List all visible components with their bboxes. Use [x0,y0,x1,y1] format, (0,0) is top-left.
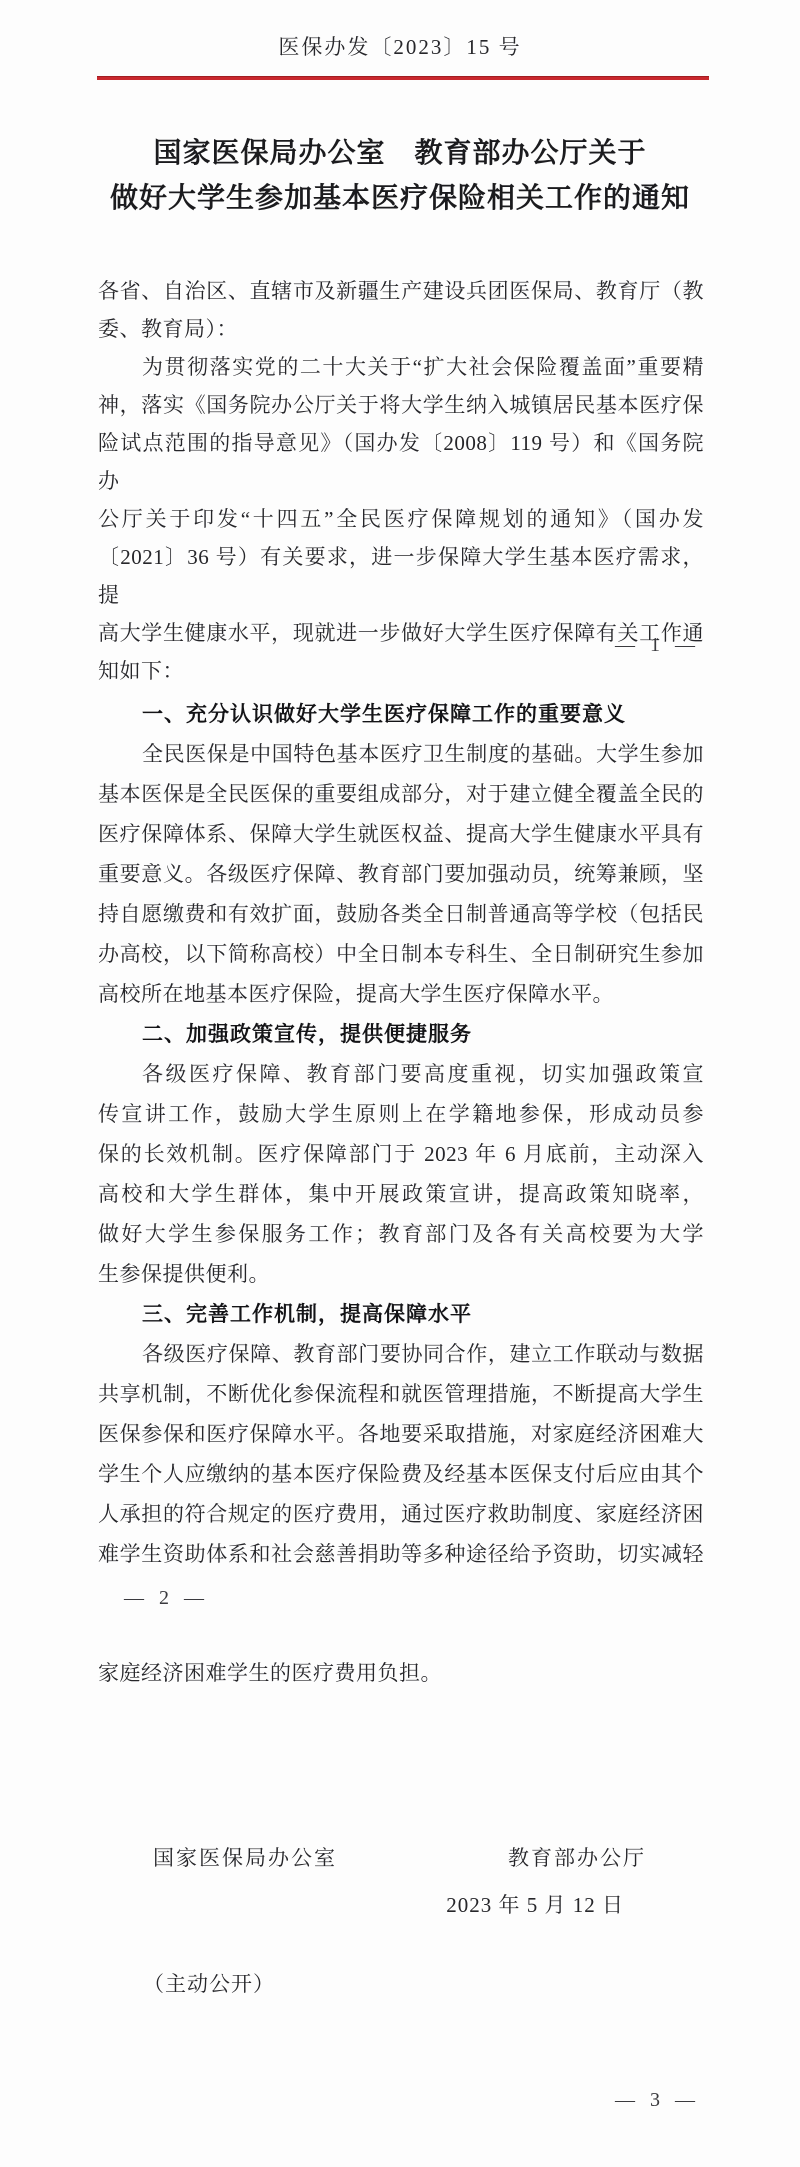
signer-right: 教育部办公厅 [508,1839,646,1877]
signer-left: 国家医保局办公室 [153,1839,337,1877]
text-line: 生参保提供便利。 [98,1254,704,1294]
page-number-2: — 2 — [124,1579,209,1617]
section-heading: 三、完善工作机制，提高保障水平 [98,1294,704,1334]
text-line: 知如下： [98,652,704,690]
page-number-3: — 3 — [615,2081,700,2119]
text-line: 人承担的符合规定的医疗费用，通过医疗救助制度、家庭经济困 [98,1494,704,1534]
text-line: 基本医保是全民医保的重要组成部分，对于建立健全覆盖全民的 [98,774,704,814]
page-number-1: — 1 — [615,626,700,664]
document-page: 医保办发〔2023〕15 号 国家医保局办公室 教育部办公厅关于 做好大学生参加… [0,0,800,2167]
doc-number: 医保办发〔2023〕15 号 [0,31,800,61]
issue-date: 2023 年 5 月 12 日 [98,1886,704,1924]
text-line: 学生个人应缴纳的基本医疗保险费及经基本医保支付后应由其个 [98,1454,704,1494]
text-line: 高校和大学生群体，集中开展政策宣讲，提高政策知晓率， [98,1174,704,1214]
text-line: 各省、自治区、直辖市及新疆生产建设兵团医保局、教育厅（教 [98,272,704,310]
signature-row: 国家医保局办公室 教育部办公厅 [98,1839,704,1877]
text-line: 重要意义。各级医疗保障、教育部门要加强动员，统筹兼顾，坚 [98,854,704,894]
text-line: 险试点范围的指导意见》（国办发〔2008〕119 号）和《国务院办 [98,424,704,500]
page2-body: 一、充分认识做好大学生医疗保障工作的重要意义全民医保是中国特色基本医疗卫生制度的… [98,694,704,1574]
document-title-line-2: 做好大学生参加基本医疗保险相关工作的通知 [0,176,800,216]
text-line: 医保参保和医疗保障水平。各地要采取措施，对家庭经济困难大 [98,1414,704,1454]
text-line: 各级医疗保障、教育部门要高度重视，切实加强政策宣 [98,1054,704,1094]
text-line: 传宣讲工作，鼓励大学生原则上在学籍地参保，形成动员参 [98,1094,704,1134]
text-line: 全民医保是中国特色基本医疗卫生制度的基础。大学生参加 [98,734,704,774]
header-divider [97,76,709,80]
section-heading: 一、充分认识做好大学生医疗保障工作的重要意义 [98,694,704,734]
text-line: 难学生资助体系和社会慈善捐助等多种途径给予资助，切实减轻 [98,1534,704,1574]
section-heading: 二、加强政策宣传，提供便捷服务 [98,1014,704,1054]
text-line: 各级医疗保障、教育部门要协同合作，建立工作联动与数据 [98,1334,704,1374]
text-line: 做好大学生参保服务工作；教育部门及各有关高校要为大学 [98,1214,704,1254]
text-line: 高大学生健康水平，现就进一步做好大学生医疗保障有关工作通 [98,614,704,652]
text-line: 委、教育局）： [98,310,704,348]
text-line: 〔2021〕36 号）有关要求，进一步保障大学生基本医疗需求，提 [98,538,704,614]
text-line: 共享机制，不断优化参保流程和就医管理措施，不断提高大学生 [98,1374,704,1414]
text-line: 保的长效机制。医疗保障部门于 2023 年 6 月底前，主动深入 [98,1134,704,1174]
document-title-line-1: 国家医保局办公室 教育部办公厅关于 [0,131,800,171]
text-line: 为贯彻落实党的二十大关于“扩大社会保险覆盖面”重要精 [98,348,704,386]
text-line: 办高校，以下简称高校）中全日制本专科生、全日制研究生参加 [98,934,704,974]
disclosure-note: （主动公开） [143,1965,275,2003]
page3-continuation-line: 家庭经济困难学生的医疗费用负担。 [98,1654,704,1692]
text-line: 医疗保障体系、保障大学生就医权益、提高大学生健康水平具有 [98,814,704,854]
text-line: 持自愿缴费和有效扩面，鼓励各类全日制普通高等学校（包括民 [98,894,704,934]
page1-body: 各省、自治区、直辖市及新疆生产建设兵团医保局、教育厅（教委、教育局）：为贯彻落实… [98,272,704,690]
text-line: 公厅关于印发“十四五”全民医疗保障规划的通知》（国办发 [98,500,704,538]
text-line: 高校所在地基本医疗保险，提高大学生医疗保障水平。 [98,974,704,1014]
text-line: 神，落实《国务院办公厅关于将大学生纳入城镇居民基本医疗保 [98,386,704,424]
